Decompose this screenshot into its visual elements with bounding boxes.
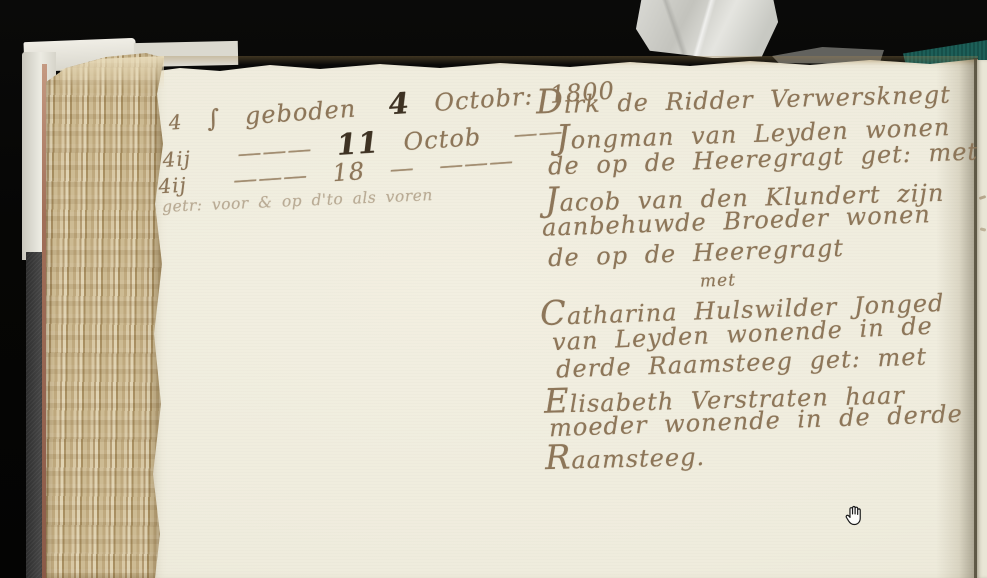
adjacent-page-sliver <box>977 60 987 578</box>
page-block-fore-edge <box>46 52 164 578</box>
banns-day-2: 11 <box>336 128 380 160</box>
entry-connector-met: met <box>700 272 737 290</box>
banns-day-3: 18 <box>332 159 366 185</box>
banns-day-1: 4 <box>388 89 411 119</box>
banns-dash: ——— <box>232 163 308 192</box>
entry-bride-line: Raamsteeg. <box>545 437 706 475</box>
tissue-bookmark <box>635 0 778 59</box>
banns-ditto-mark: 4ij <box>158 174 188 196</box>
banns-dash: ——— <box>438 149 514 178</box>
banns-brace-flourish: ∫ <box>206 106 221 131</box>
banns-dash: — <box>389 156 416 182</box>
banns-ditto-mark: 4ij <box>162 148 192 170</box>
grab-hand-cursor <box>843 504 865 528</box>
scan-viewport[interactable]: 4 ∫ geboden 4 Octobr: 1800 4ij ——— 11 Oc… <box>0 0 987 578</box>
page-deckle-edge <box>150 56 978 65</box>
banns-entry-number: 4 <box>168 112 183 133</box>
banns-label: geboden <box>244 97 357 129</box>
